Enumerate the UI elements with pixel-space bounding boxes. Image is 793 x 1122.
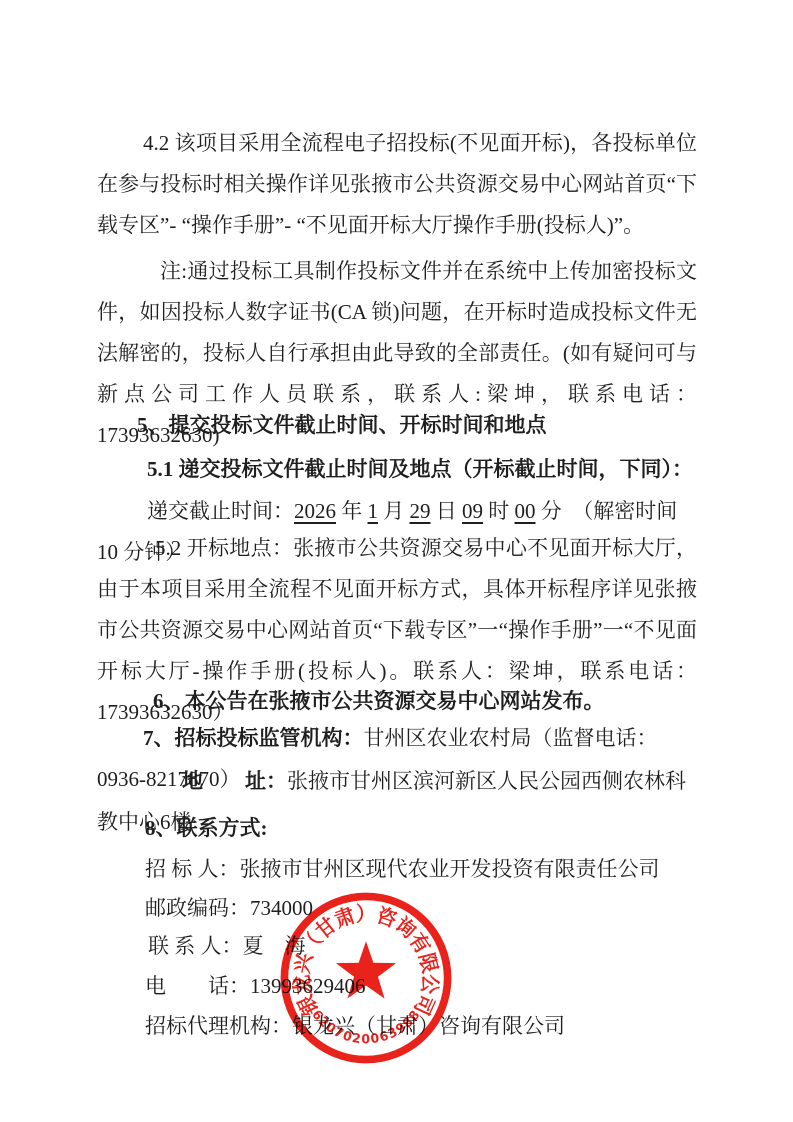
paragraph-4-2: 4.2 该项目采用全流程电子招投标(不见面开标)，各投标单位在参与投标时相关操作… (97, 123, 697, 246)
deadline-month: 1 (368, 499, 379, 523)
regulator-label: 7、招标投标监管机构： (143, 726, 364, 750)
deadline-hour: 09 (462, 499, 483, 523)
deadline-year: 2026 (294, 499, 336, 523)
contact-value: 734000 (250, 896, 313, 920)
address-label: 地 址： (182, 769, 287, 793)
contact-label: 邮政编码： (145, 896, 250, 920)
deadline-unit-month: 月 (378, 499, 410, 523)
contact-label: 招标代理机构： (145, 1014, 292, 1038)
contact-row-tenderer: 招 标 人：张掖市甘州区现代农业开发投资有限责任公司 (97, 849, 697, 890)
document-page: 4.2 该项目采用全流程电子招投标(不见面开标)，各投标单位在参与投标时相关操作… (0, 0, 793, 1122)
deadline-minute: 00 (515, 499, 536, 523)
contact-label: 联 系 人： (148, 934, 243, 958)
deadline-unit-day: 日 (431, 499, 463, 523)
contact-label: 电 话： (145, 974, 250, 998)
contact-value: 13993629406 (250, 974, 366, 998)
contact-row-agency: 招标代理机构：银龙兴（甘肃）咨询有限公司 (97, 1006, 697, 1047)
deadline-label: 递交截止时间： (147, 499, 294, 523)
contact-row-postcode: 邮政编码：734000 (97, 888, 697, 929)
contact-value: 夏 海 (243, 934, 306, 958)
heading-section-5: 5、提交投标文件截止时间、开标时间和地点 (97, 405, 697, 446)
contact-value: 张掖市甘州区现代农业开发投资有限责任公司 (240, 857, 660, 881)
heading-section-6: 6、本公告在张掖市公共资源交易中心网站发布。 (97, 681, 697, 722)
contact-value: 银龙兴（甘肃）咨询有限公司 (292, 1014, 565, 1038)
heading-section-5-1: 5.1 递交投标文件截止时间及地点（开标截止时间，下同）： (97, 449, 697, 490)
contact-row-person: 联 系 人：夏 海 (97, 926, 697, 967)
deadline-unit-minute: 分 (536, 499, 573, 523)
heading-section-8: 8、联系方式: (97, 808, 697, 849)
contact-row-phone: 电 话：13993629406 (97, 966, 697, 1007)
deadline-unit-year: 年 (336, 499, 368, 523)
deadline-day: 29 (410, 499, 431, 523)
contact-label: 招 标 人： (145, 857, 240, 881)
deadline-unit-hour: 时 (483, 499, 515, 523)
